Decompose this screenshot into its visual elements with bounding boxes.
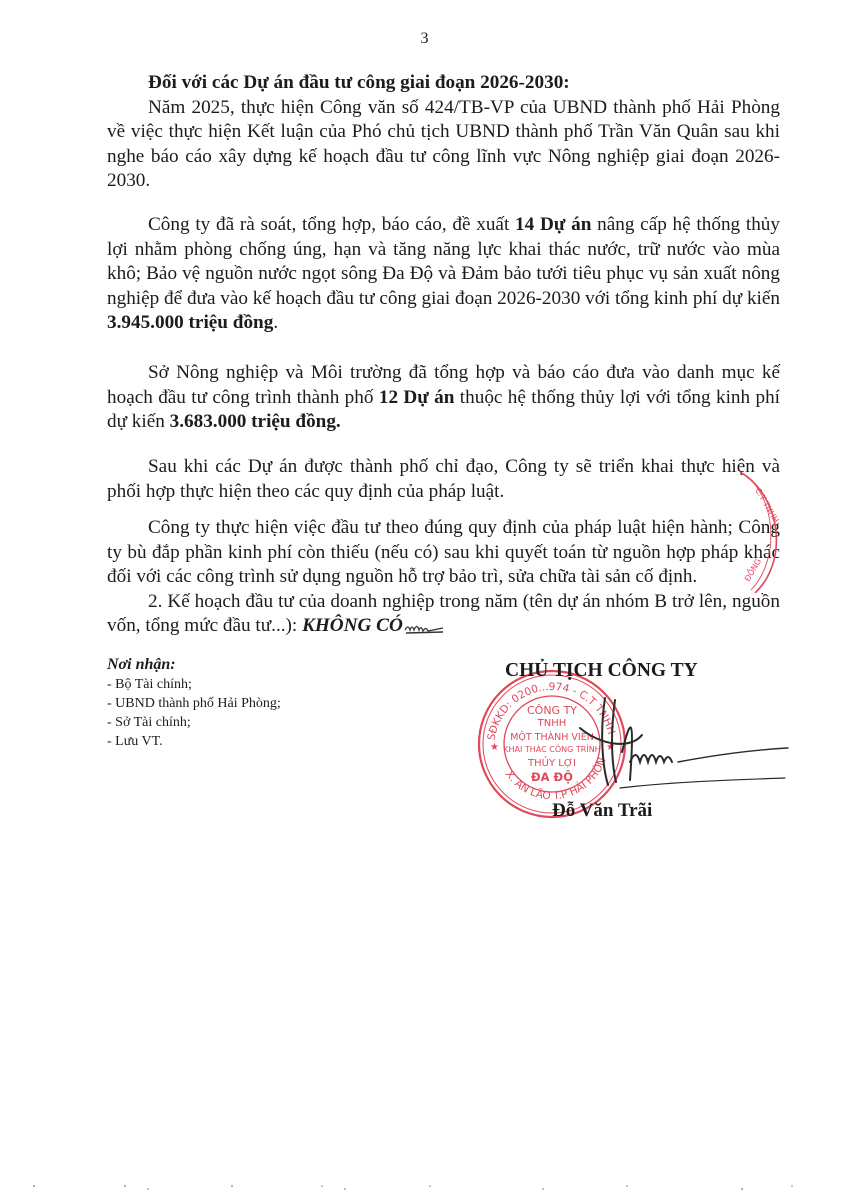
paragraph-1: Năm 2025, thực hiện Công văn số 424/TB-V… <box>107 96 780 194</box>
paragraph-2: Công ty đã rà soát, tổng hợp, báo cáo, đ… <box>107 213 780 336</box>
paragraph-5: Công ty thực hiện việc đầu tư theo đúng … <box>107 516 780 639</box>
recipient-item: - UBND thành phố Hải Phòng; <box>107 694 281 713</box>
text: . <box>273 312 278 333</box>
handwritten-signature-icon <box>560 690 790 800</box>
budget-proposed: 3.945.000 triệu đồng <box>107 312 273 333</box>
page-number: 3 <box>0 30 849 48</box>
paragraph-4: Sau khi các Dự án được thành phố chỉ đạo… <box>107 455 780 504</box>
recipients-block: Nơi nhận: - Bộ Tài chính; - UBND thành p… <box>107 655 281 751</box>
text: Sau khi các Dự án được thành phố chỉ đạo… <box>107 455 780 504</box>
project-count-proposed: 14 Dự án <box>515 214 591 235</box>
recipient-item: - Bộ Tài chính; <box>107 675 281 694</box>
document-body: Đối với các Dự án đầu tư công giai đoạn … <box>107 71 780 194</box>
none-value: KHÔNG CÓ <box>302 615 403 636</box>
recipient-item: - Sở Tài chính; <box>107 713 281 732</box>
paragraph-3: Sở Nông nghiệp và Môi trường đã tổng hợp… <box>107 361 780 435</box>
section-heading: Đối với các Dự án đầu tư công giai đoạn … <box>107 71 780 96</box>
signer-title: CHỦ TỊCH CÔNG TY <box>505 660 698 682</box>
initials-mark-icon <box>403 621 448 635</box>
text: Công ty thực hiện việc đầu tư theo đúng … <box>107 516 780 590</box>
scan-artifacts <box>0 1180 849 1192</box>
recipient-item: - Lưu VT. <box>107 732 281 751</box>
recipients-title: Nơi nhận: <box>107 655 281 675</box>
text: Công ty đã rà soát, tổng hợp, báo cáo, đ… <box>148 214 515 235</box>
project-count-approved: 12 Dự án <box>379 387 455 408</box>
svg-text:★: ★ <box>490 742 499 753</box>
margin-seal-icon: C.T TNHH ĐỒNG <box>735 470 795 595</box>
svg-text:C.T TNHH: C.T TNHH <box>753 487 780 525</box>
signer-name: Đỗ Văn Trãi <box>552 800 652 822</box>
budget-approved: 3.683.000 triệu đồng. <box>170 411 341 432</box>
